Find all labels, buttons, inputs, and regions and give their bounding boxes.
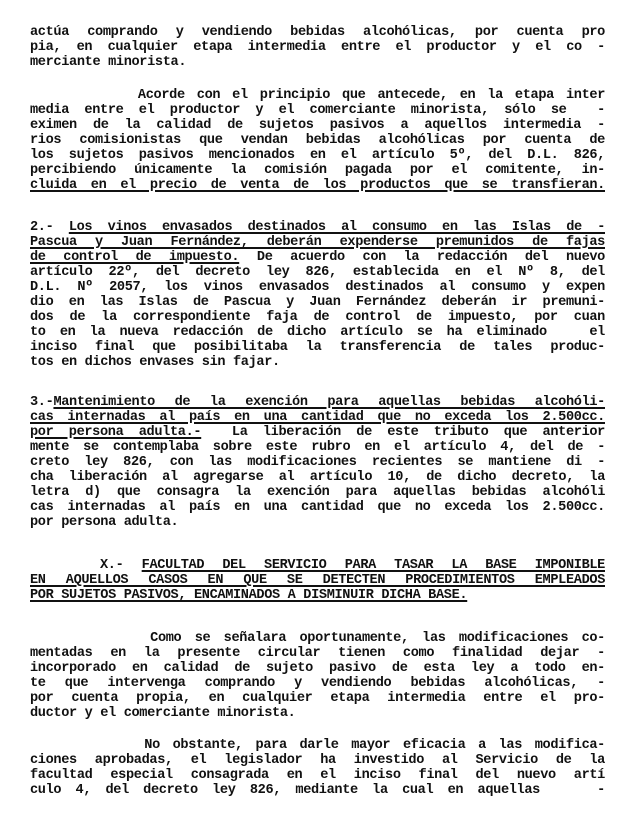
- text-line: Acorde con el principio que antecede, en…: [30, 88, 605, 103]
- text-line: por cuenta propia, en cualquier etapa in…: [30, 691, 605, 706]
- text-line: incorporado en calidad de sujeto pasivo …: [30, 661, 605, 676]
- section-number: 2.-: [30, 220, 53, 235]
- section-heading-line: de control de impuesto. De acuerdo con l…: [30, 250, 605, 265]
- text-line: Como se señalara oportunamente, las modi…: [30, 631, 605, 646]
- text-line: merciante minorista.: [30, 55, 605, 70]
- section-heading: Los vinos envasados destinados al consum…: [69, 220, 605, 235]
- section-heading-line: EN AQUELLOS CASOS EN QUE SE DETECTEN PRO…: [30, 573, 605, 588]
- scanned-document-page: actúa comprando y vendiendo bebidas alco…: [0, 0, 630, 823]
- text-line: creto ley 826, con las modificaciones re…: [30, 455, 605, 470]
- section-heading-line: POR SUJETOS PASIVOS, ENCAMINADOS A DISMI…: [30, 588, 605, 603]
- section-number: X.-: [100, 558, 123, 573]
- section-number: 3.-: [30, 395, 53, 410]
- section-heading: Mantenimiento de la exención para aquell…: [53, 395, 605, 410]
- text-line: media entre el productor y el comerciant…: [30, 103, 605, 118]
- text-line: ciones aprobadas, el legislador ha inves…: [30, 753, 605, 768]
- text-line: ductor y el comerciante minorista.: [30, 706, 605, 721]
- section-heading-line: 3.-Mantenimiento de la exención para aqu…: [30, 395, 605, 410]
- text-line: percibiendo únicamente la comisión pagad…: [30, 163, 605, 178]
- text-line: culo 4, del decreto ley 826, mediante la…: [30, 783, 605, 798]
- section-heading: por persona adulta.-: [30, 425, 201, 440]
- text-line: artículo 22º, del decreto ley 826, estab…: [30, 265, 605, 280]
- section-heading: FACULTAD DEL SERVICIO PARA TASAR LA BASE…: [142, 558, 605, 573]
- text-line-underlined: cluida en el precio de venta de los prod…: [30, 178, 605, 193]
- text-line: D.L. Nº 2057, los vinos envasados destin…: [30, 280, 605, 295]
- text-line: mentadas en la presente circular tienen …: [30, 646, 605, 661]
- text-line: cha liberación al agregarse al artículo …: [30, 470, 605, 485]
- text-line: No obstante, para darle mayor eficacia a…: [30, 738, 605, 753]
- text-line: te que intervenga comprando y vendiendo …: [30, 676, 605, 691]
- text-line: tos en dichos envases sin fajar.: [30, 355, 605, 370]
- section-heading-line: cas internadas al país en una cantidad q…: [30, 410, 605, 425]
- text-fragment: De acuerdo con la redacción del nuevo: [239, 250, 605, 265]
- text-line: dio en las Islas de Pascua y Juan Fernán…: [30, 295, 605, 310]
- section-heading-line: X.- FACULTAD DEL SERVICIO PARA TASAR LA …: [100, 558, 605, 573]
- text-line: mente se contemplaba sobre este rubro en…: [30, 440, 605, 455]
- text-line: actúa comprando y vendiendo bebidas alco…: [30, 25, 605, 40]
- text-line: to en la nueva redacción de dicho artícu…: [30, 325, 605, 340]
- text-line: por persona adulta.: [30, 515, 605, 530]
- text-fragment: La liberación de este tributo que anteri…: [201, 425, 605, 440]
- text-line: inciso final que posibilitaba la transfe…: [30, 340, 605, 355]
- section-heading: de control de impuesto.: [30, 250, 239, 265]
- section-heading-line: Pascua y Juan Fernández, deberán expende…: [30, 235, 605, 250]
- text-line: eximen de la calidad de sujetos pasivos …: [30, 118, 605, 133]
- text-line: letra d) que consagra la exención para a…: [30, 485, 605, 500]
- section-heading-line: por persona adulta.- La liberación de es…: [30, 425, 605, 440]
- text-line: cas internadas al país en una cantidad q…: [30, 500, 605, 515]
- text-line: dos de la correspondiente faja de contro…: [30, 310, 605, 325]
- text-line: facultad especial consagrada en el incis…: [30, 768, 605, 783]
- section-heading-line: 2.- Los vinos envasados destinados al co…: [30, 220, 605, 235]
- text-line: los sujetos pasivos mencionados en el ar…: [30, 148, 605, 163]
- text-line: pia, en cualquier etapa intermedia entre…: [30, 40, 605, 55]
- text-line: rios comisionistas que vendan bebidas al…: [30, 133, 605, 148]
